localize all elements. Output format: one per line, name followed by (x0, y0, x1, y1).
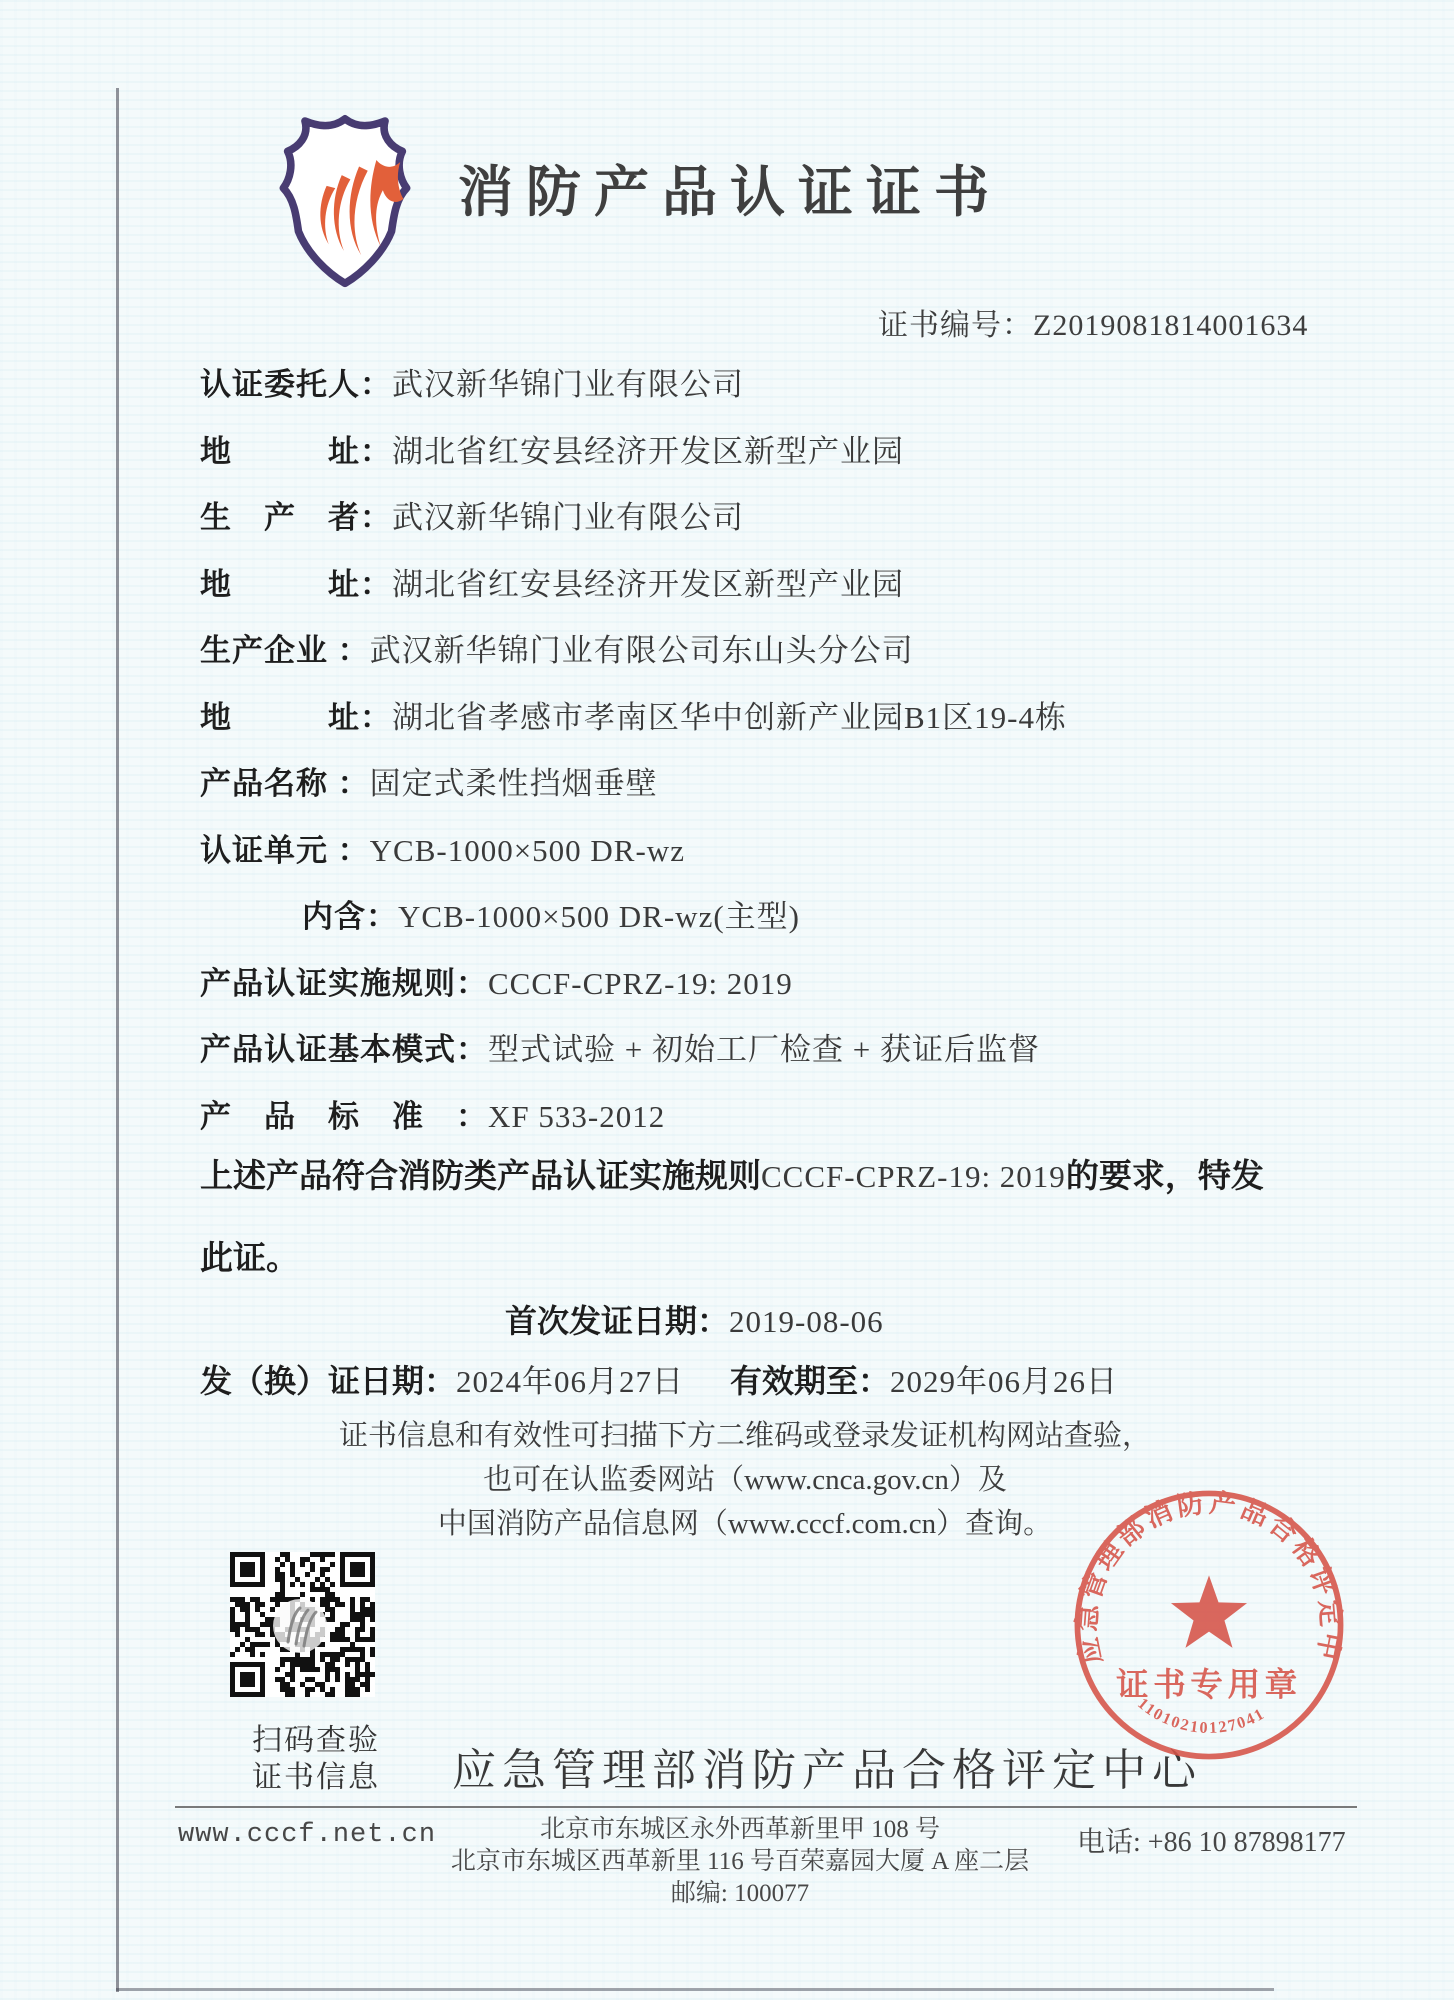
field-label: 生 产 者： (200, 500, 392, 535)
cert-number-label: 证书编号： (878, 309, 1033, 342)
footer-address: 北京市东城区永外西革新里甲 108 号 北京市东城区西革新里 116 号百荣嘉园… (360, 1814, 1120, 1910)
field-label: 地 址： (200, 434, 392, 469)
field-row-included-models: 内含：YCB-1000×500 DR-wz(主型) (200, 884, 1320, 951)
footer-phone-label: 电话: (1077, 1827, 1148, 1858)
shield-flame-icon (274, 108, 416, 292)
field-label: 产品认证实施规则： (200, 966, 488, 1001)
field-row-producer-address: 地 址：湖北省红安县经济开发区新型产业园 (200, 552, 1320, 619)
footer-address-line1: 北京市东城区永外西革新里甲 108 号 (360, 1814, 1120, 1846)
field-value: 湖北省孝感市孝南区华中创新产业园B1区19-4栋 (392, 700, 1067, 735)
field-value: XF 533-2012 (488, 1099, 665, 1134)
seal-ring-text: 应急管理部消防产品合格评定中心 (1066, 1482, 1346, 1667)
field-row-applicant: 认证委托人：武汉新华锦门业有限公司 (200, 352, 1320, 419)
qr-code (230, 1552, 375, 1697)
statement-text: 的要求，特发 (1066, 1157, 1264, 1194)
certificate-page: 消防产品认证证书 证书编号：Z2019081814001634 认证委托人：武汉… (0, 0, 1454, 2000)
field-row-product-name: 产品名称 ：固定式柔性挡烟垂壁 (200, 751, 1320, 818)
field-value: 武汉新华锦门业有限公司 (392, 367, 744, 402)
statement-line1: 上述产品符合消防类产品认证实施规则CCCF-CPRZ-19: 2019的要求，特… (200, 1150, 1300, 1197)
qr-caption-line: 证书信息 (252, 1759, 380, 1796)
field-row-applicant-address: 地 址：湖北省红安县经济开发区新型产业园 (200, 419, 1320, 486)
page-title: 消防产品认证证书 (400, 148, 1060, 227)
field-row-producer: 生 产 者：武汉新华锦门业有限公司 (200, 485, 1320, 552)
field-value: 固定式柔性挡烟垂壁 (370, 766, 658, 801)
field-value: 湖北省红安县经济开发区新型产业园 (392, 567, 904, 602)
first-issue-date: 首次发证日期：2019-08-06 (505, 1296, 884, 1342)
field-value: 武汉新华锦门业有限公司东山头分公司 (370, 633, 914, 668)
note-line: 证书信息和有效性可扫描下方二维码或登录发证机构网站查验， (220, 1414, 1270, 1458)
statement-line2: 此证。 (200, 1232, 299, 1279)
footer-phone-value: +86 10 87898177 (1148, 1827, 1346, 1858)
field-row-product-standard: 产 品 标 准 ：XF 533-2012 (200, 1084, 1320, 1151)
statement-code: CCCF-CPRZ-19: 2019 (761, 1159, 1066, 1194)
footer-postcode: 邮编: 100077 (360, 1878, 1120, 1910)
field-label: 产品认证基本模式： (200, 1032, 488, 1067)
field-label: 认证单元 ： (200, 833, 370, 868)
field-row-factory-address: 地 址：湖北省孝感市孝南区华中创新产业园B1区19-4栋 (200, 685, 1320, 752)
qr-caption: 扫码查验 证书信息 (252, 1722, 380, 1796)
official-seal: 应急管理部消防产品合格评定中心 证书专用章 11010210127041 (1066, 1482, 1352, 1768)
field-row-cert-unit: 认证单元 ：YCB-1000×500 DR-wz (200, 818, 1320, 885)
qr-caption-line: 扫码查验 (252, 1722, 380, 1759)
validity-value: 2029年06月26日 (890, 1364, 1118, 1399)
footer-address-line2: 北京市东城区西革新里 116 号百荣嘉园大厦 A 座二层 (360, 1846, 1120, 1878)
field-value: YCB-1000×500 DR-wz(主型) (398, 899, 800, 934)
statement-text: 上述产品符合消防类产品认证实施规则 (200, 1157, 761, 1194)
statement-text: 此证。 (200, 1239, 299, 1276)
certificate-fields: 认证委托人：武汉新华锦门业有限公司 地 址：湖北省红安县经济开发区新型产业园 生… (200, 352, 1320, 1150)
field-label: 产 品 标 准 ： (200, 1099, 488, 1134)
field-value: YCB-1000×500 DR-wz (370, 833, 685, 868)
field-row-factory: 生产企业 ：武汉新华锦门业有限公司东山头分公司 (200, 618, 1320, 685)
field-label: 认证委托人： (200, 367, 392, 402)
validity-label: 有效期至： (730, 1363, 890, 1399)
scan-edge-left (116, 88, 119, 1992)
first-issue-label: 首次发证日期： (505, 1303, 729, 1339)
field-row-cert-mode: 产品认证基本模式：型式试验 + 初始工厂检查 + 获证后监督 (200, 1017, 1320, 1084)
field-value: 型式试验 + 初始工厂检查 + 获证后监督 (488, 1032, 1040, 1067)
reissue-value: 2024年06月27日 (456, 1364, 684, 1399)
field-value: CCCF-CPRZ-19: 2019 (488, 966, 793, 1001)
seal-star-icon (1171, 1575, 1247, 1647)
reissue-label: 发（换）证日期： (200, 1363, 456, 1399)
field-label: 内含： (302, 899, 398, 934)
footer-divider (175, 1806, 1357, 1808)
cert-number-value: Z2019081814001634 (1033, 309, 1308, 342)
reissue-and-validity: 发（换）证日期：2024年06月27日有效期至：2029年06月26日 (200, 1356, 1118, 1402)
scan-edge-bottom (116, 1988, 1274, 1991)
field-label: 地 址： (200, 567, 392, 602)
field-label: 生产企业 ： (200, 633, 370, 668)
field-label: 产品名称 ： (200, 766, 370, 801)
field-value: 武汉新华锦门业有限公司 (392, 500, 744, 535)
footer-phone: 电话: +86 10 87898177 (1077, 1820, 1346, 1860)
field-label: 地 址： (200, 700, 392, 735)
first-issue-value: 2019-08-06 (729, 1304, 884, 1339)
field-value: 湖北省红安县经济开发区新型产业园 (392, 434, 904, 469)
cert-number: 证书编号：Z2019081814001634 (878, 300, 1308, 344)
field-row-cert-rule: 产品认证实施规则：CCCF-CPRZ-19: 2019 (200, 951, 1320, 1018)
